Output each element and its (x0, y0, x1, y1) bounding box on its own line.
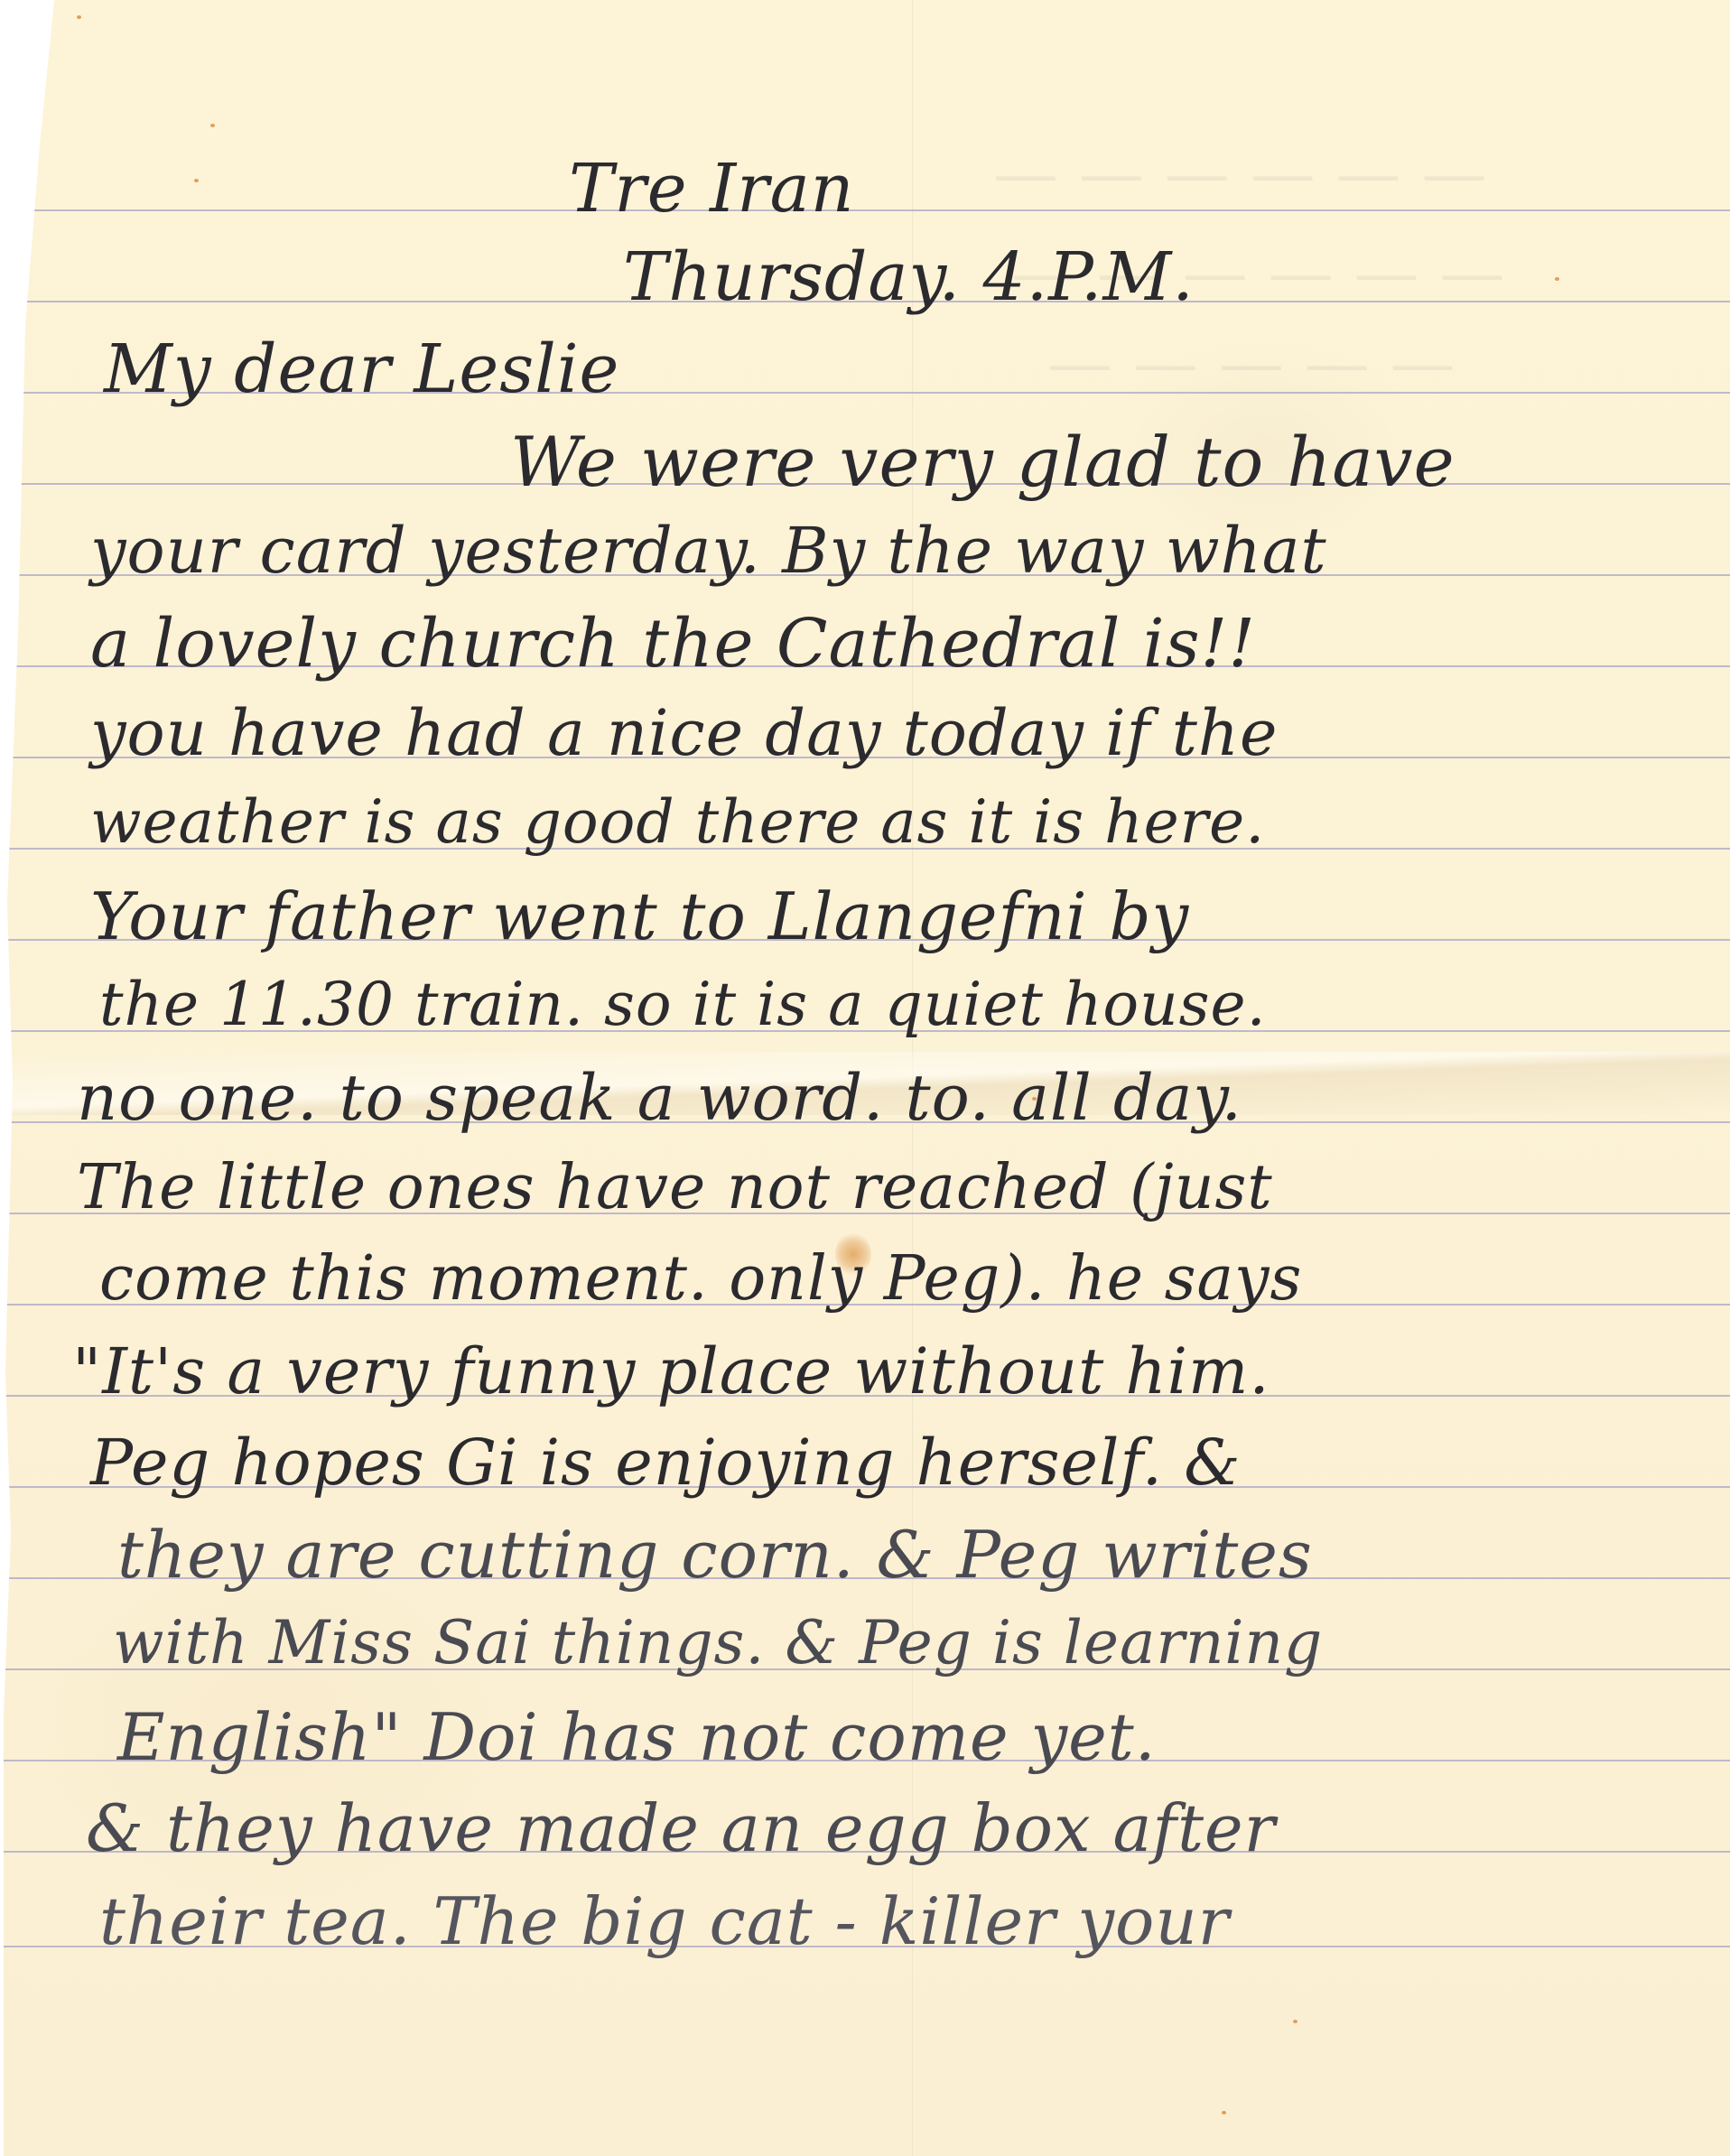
letter-body-line: you have had a nice day today if the (90, 702, 1278, 765)
letter-body-line: they are cutting corn. & Peg writes (117, 1522, 1313, 1587)
letter-body-line: We were very glad to have (510, 428, 1456, 497)
letter-page: — — — — — — — — — — — — — — — — — Tre Ir… (0, 0, 1730, 2156)
paper-speck (1222, 2111, 1226, 2114)
paper-speck (77, 15, 81, 19)
letter-date-time: Thursday. 4.P.M. (623, 244, 1195, 311)
letter-body-line: with Miss Sai things. & Peg is learning (113, 1613, 1323, 1673)
bleed-through-text: — — — — — — (993, 135, 1486, 211)
letter-body-line: English" Doi has not come yet. (117, 1705, 1157, 1770)
letter-body-line: "It's a very funny place without him. (72, 1340, 1270, 1403)
letter-body-line: your card yesterday. By the way what (90, 519, 1327, 582)
letter-body-line: & they have made an egg box after (86, 1796, 1276, 1861)
bleed-through-text: — — — — — (1047, 325, 1456, 401)
letter-body-line: weather is as good there as it is here. (90, 793, 1265, 852)
letter-body-line: The little ones have not reached (just (77, 1157, 1273, 1219)
letter-body-line: their tea. The big cat - killer your (99, 1889, 1230, 1954)
letter-salutation: My dear Leslie (104, 336, 619, 403)
letter-place: Tre Iran (569, 155, 854, 222)
letter-body-line: no one. to speak a word. to. all day. (77, 1066, 1242, 1129)
paper-speck (1293, 2020, 1297, 2023)
letter-body-line: the 11.30 train. so it is a quiet house. (99, 975, 1267, 1035)
letter-body-line: come this moment. only Peg). he says (99, 1249, 1302, 1310)
letter-body-line: a lovely church the Cathedral is!! (90, 610, 1256, 677)
paper-speck (1555, 277, 1559, 281)
paper-speck (210, 124, 215, 127)
letter-body-line: Peg hopes Gi is enjoying herself. & (90, 1431, 1242, 1494)
letter-body-line: Your father went to Llangefni by (90, 884, 1189, 949)
paper-speck (194, 179, 199, 182)
ruled-line (0, 209, 1730, 211)
